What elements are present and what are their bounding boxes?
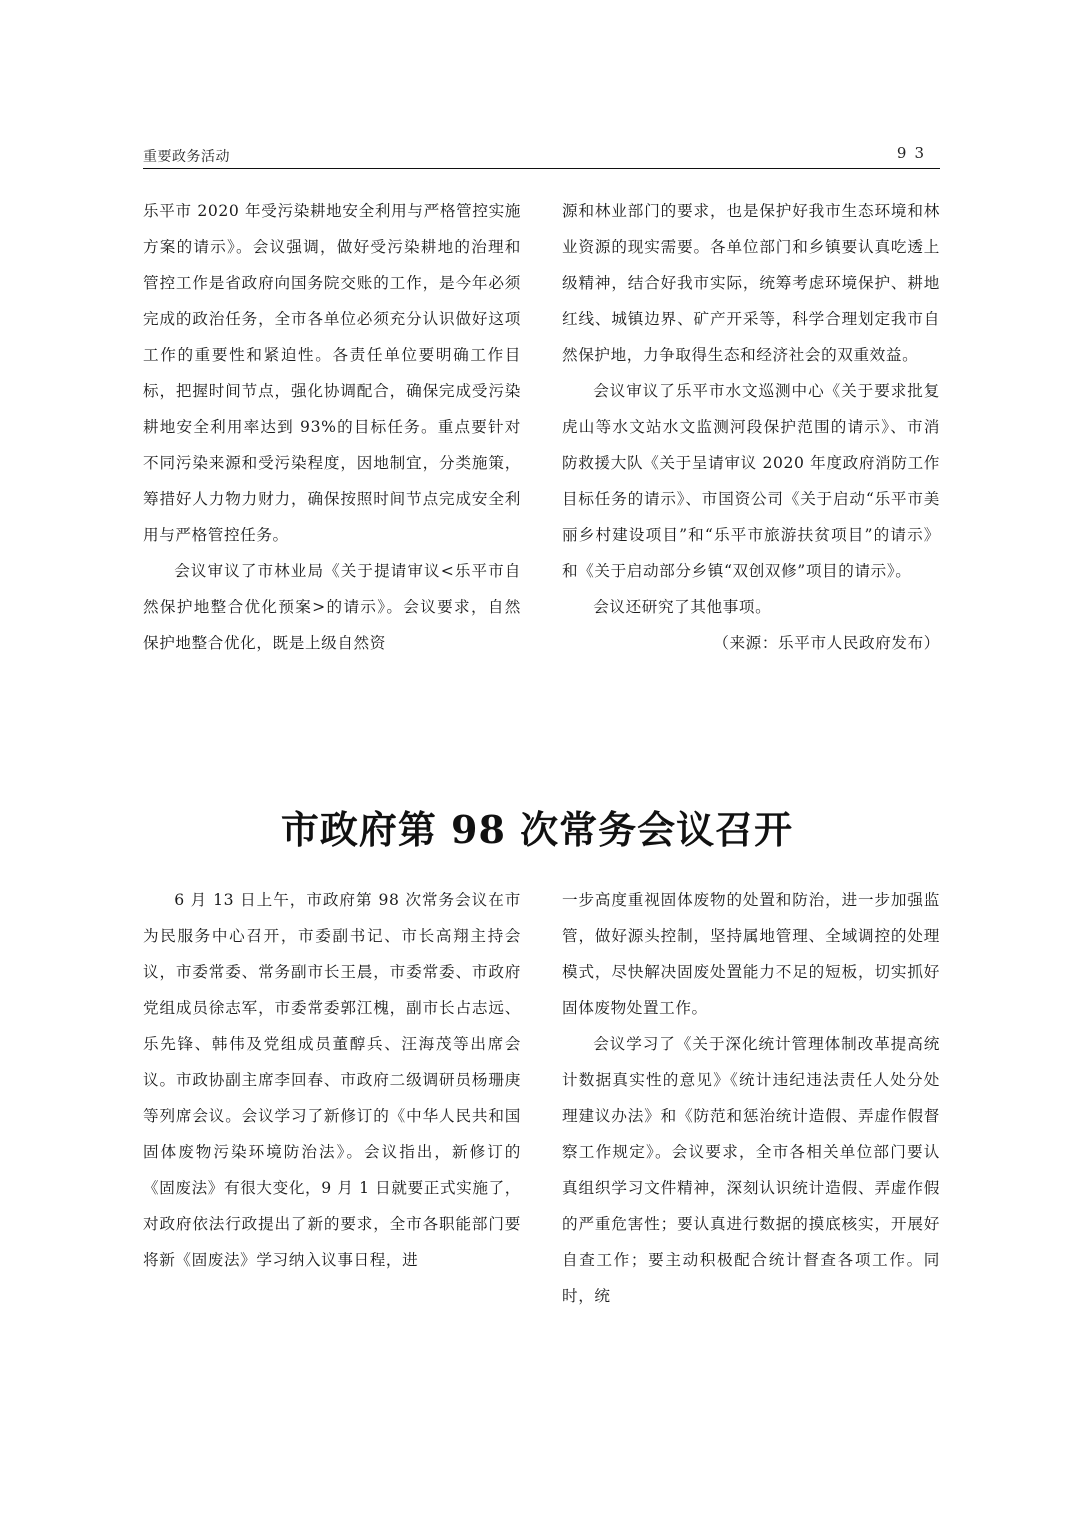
header-divider <box>143 168 940 169</box>
section-title: 重要政务活动 <box>143 146 230 166</box>
paragraph: 会议审议了乐平市水文巡测中心《关于要求批复虎山等水文站水文监测河段保护范围的请示… <box>562 373 940 589</box>
running-header: 重要政务活动 93 <box>143 144 940 168</box>
paragraph: 6 月 13 日上午，市政府第 98 次常务会议在市为民服务中心召开，市委副书记… <box>143 882 521 1278</box>
paragraph: 会议审议了市林业局《关于提请审议<乐平市自然保护地整合优化预案>的请示》。会议要… <box>143 553 521 661</box>
article1-right-column: 源和林业部门的要求，也是保护好我市生态环境和林业资源的现实需要。各单位部门和乡镇… <box>562 193 940 661</box>
paragraph: 乐平市 2020 年受污染耕地安全利用与严格管控实施方案的请示》。会议强调，做好… <box>143 193 521 553</box>
paragraph: 源和林业部门的要求，也是保护好我市生态环境和林业资源的现实需要。各单位部门和乡镇… <box>562 193 940 373</box>
article2-right-column: 一步高度重视固体废物的处置和防治，进一步加强监管，做好源头控制，坚持属地管理、全… <box>562 882 940 1314</box>
article1-left-column: 乐平市 2020 年受污染耕地安全利用与严格管控实施方案的请示》。会议强调，做好… <box>143 193 521 661</box>
paragraph: 一步高度重视固体废物的处置和防治，进一步加强监管，做好源头控制，坚持属地管理、全… <box>562 882 940 1026</box>
paragraph: 会议还研究了其他事项。 <box>562 589 940 625</box>
article-title: 市政府第 98 次常务会议召开 <box>0 799 1074 854</box>
article2-left-column: 6 月 13 日上午，市政府第 98 次常务会议在市为民服务中心召开，市委副书记… <box>143 882 521 1278</box>
source-attribution: （来源：乐平市人民政府发布） <box>562 625 940 661</box>
page-number: 93 <box>897 144 932 162</box>
paragraph: 会议学习了《关于深化统计管理体制改革提高统计数据真实性的意见》《统计违纪违法责任… <box>562 1026 940 1314</box>
